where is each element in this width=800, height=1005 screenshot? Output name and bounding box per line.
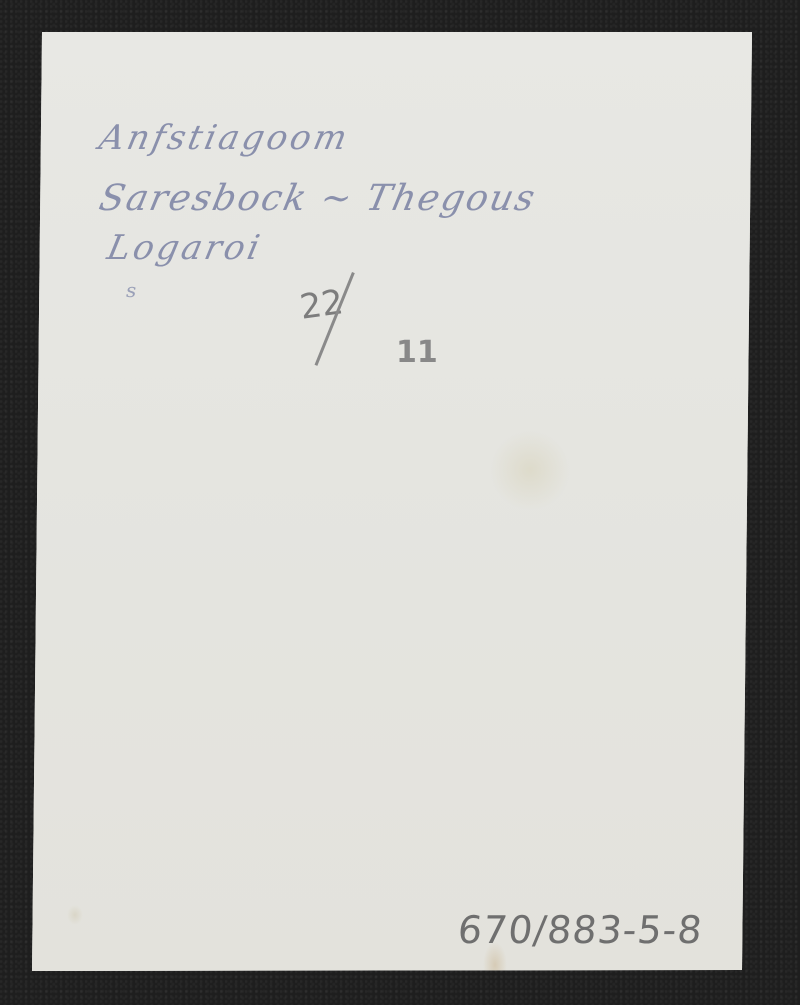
handwritten-line-1: Anfstiagoom: [96, 118, 354, 158]
photo-back-card: Anfstiagoom Saresbock ~ Thegous Logaroi …: [0, 0, 800, 1005]
date-month: 11: [396, 335, 438, 370]
handwritten-line-2: Saresbock ~ Thegous: [96, 178, 540, 219]
archive-number: 670/883-5-8: [456, 908, 705, 952]
handwritten-line-3: Logaroi: [104, 228, 266, 268]
handwritten-line-4: s: [126, 278, 137, 302]
